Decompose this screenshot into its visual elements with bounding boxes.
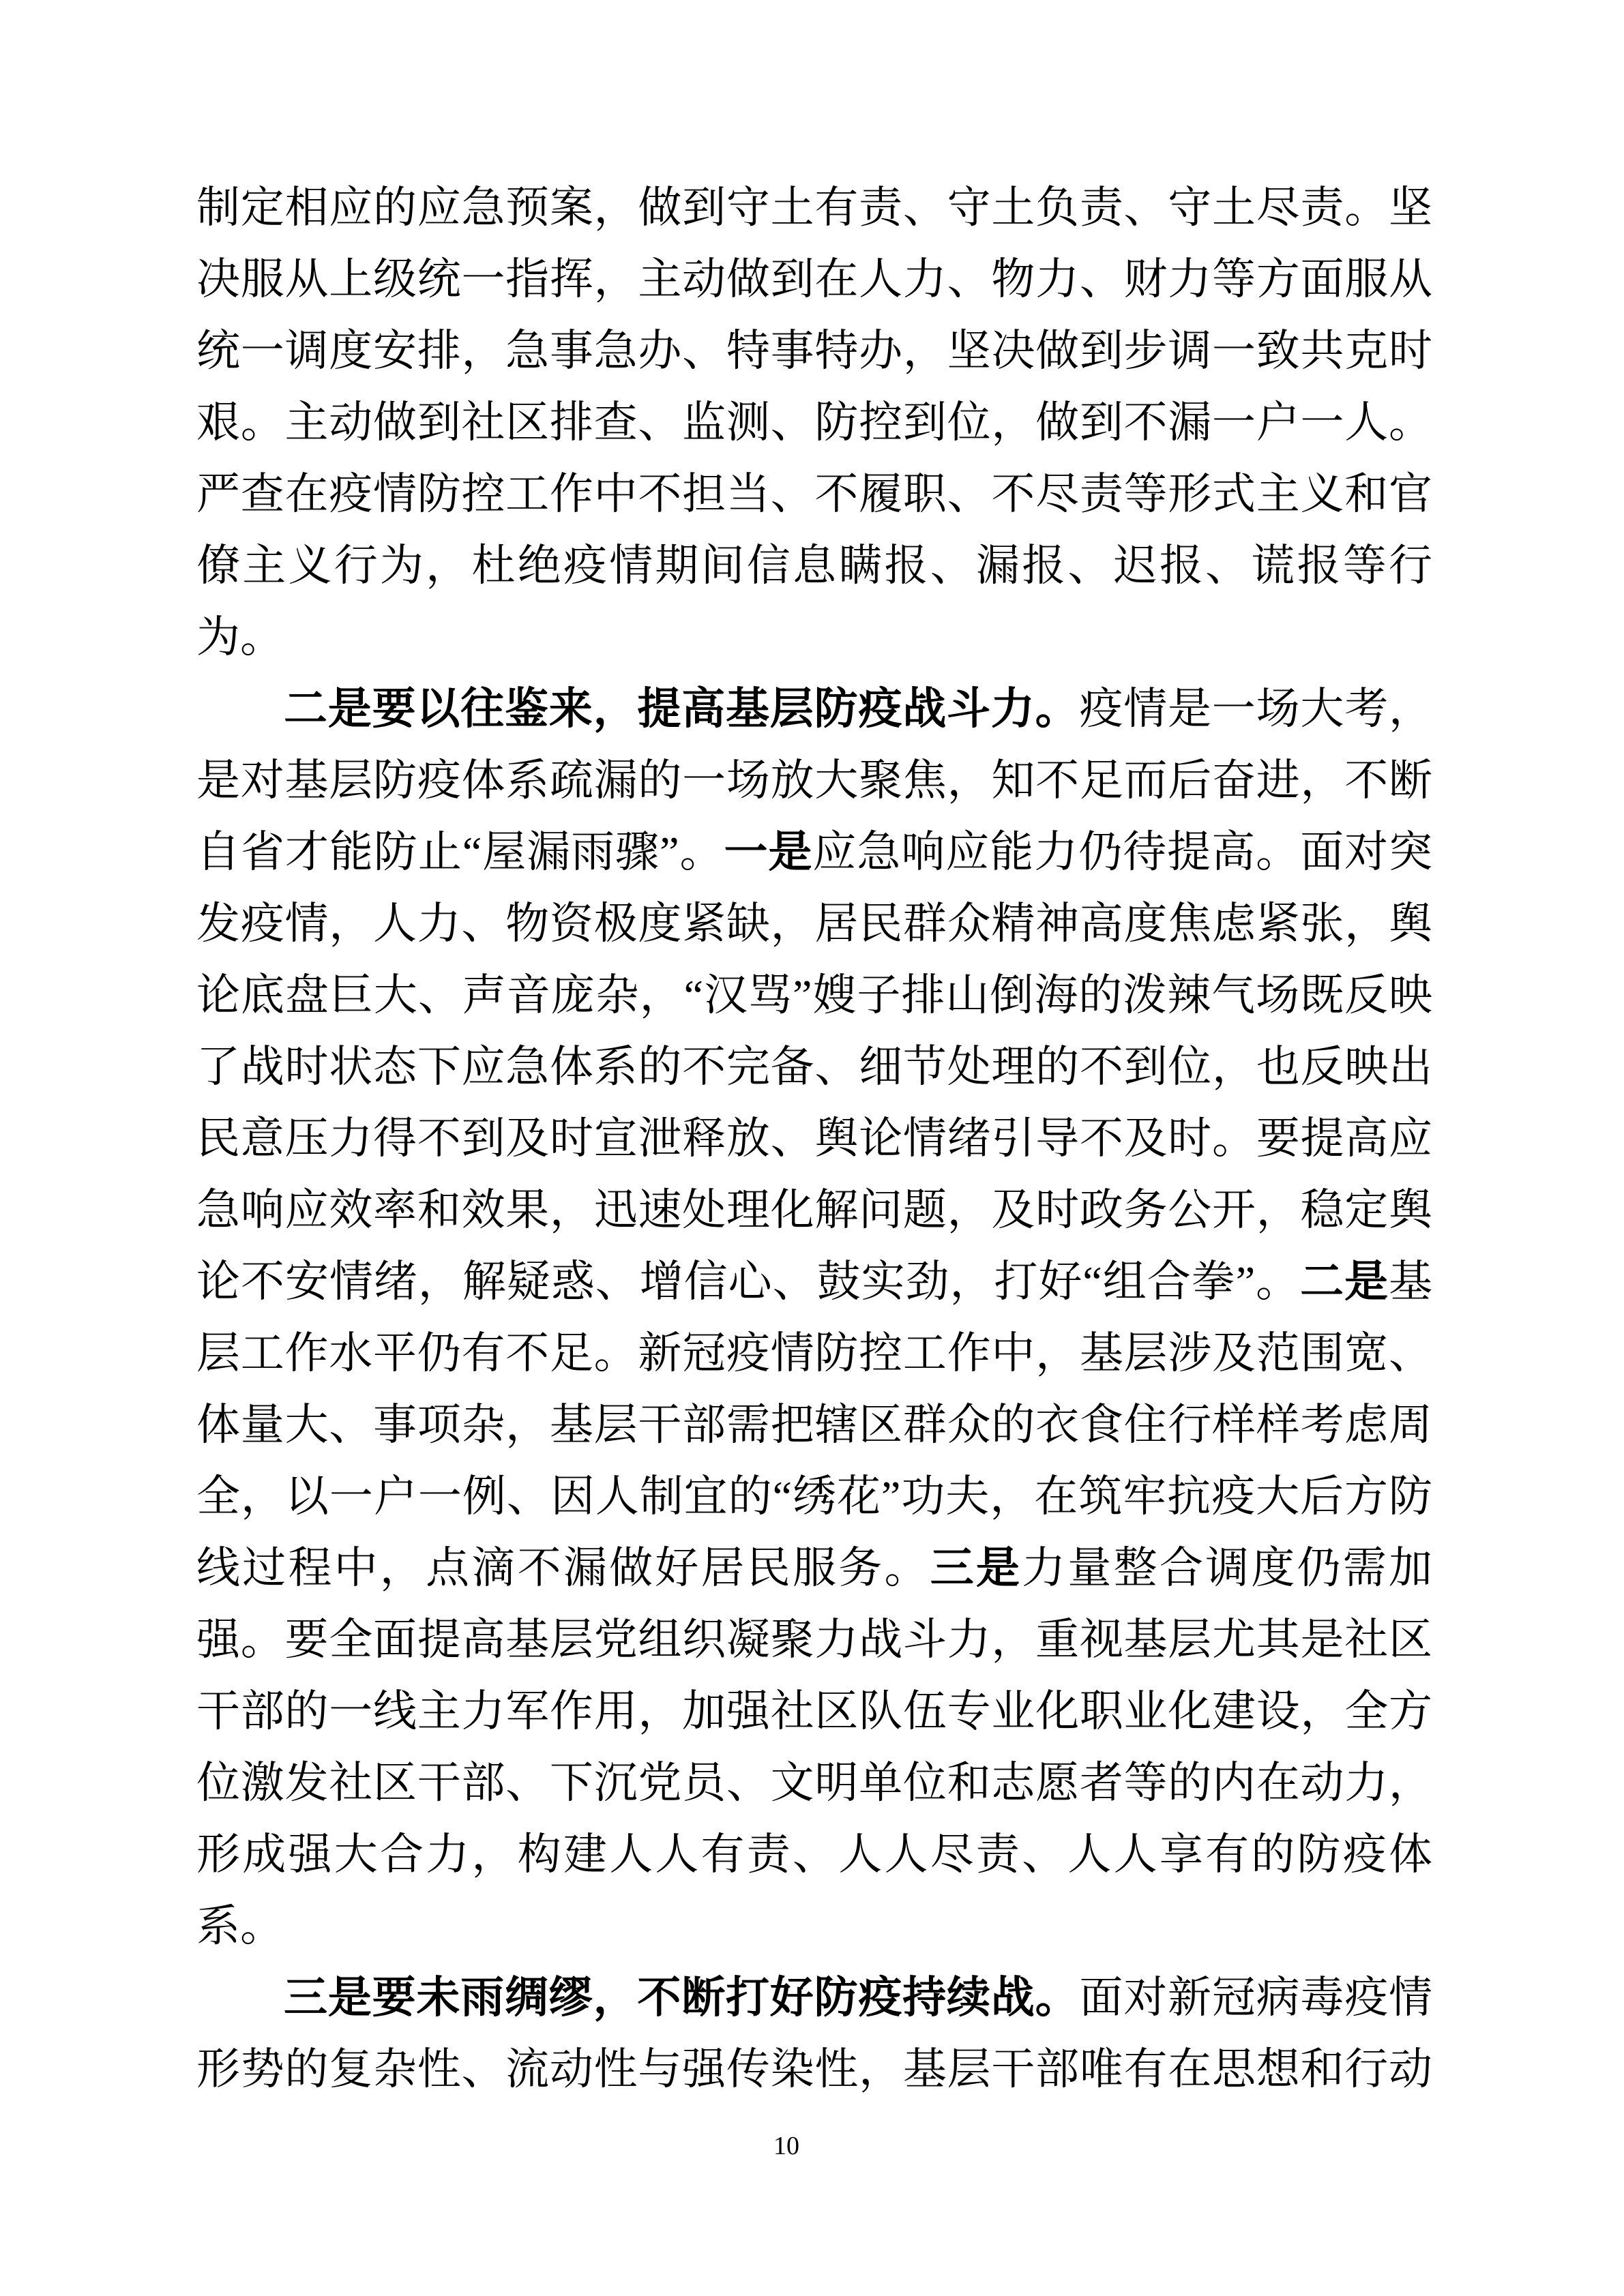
bold-text-run: 一是 <box>724 828 812 876</box>
text-run: 制定相应的应急预案，做到守土有责、守土负责、守土尽责。坚决服从上级统一指挥，主动… <box>196 183 1432 661</box>
page-number: 10 <box>773 2133 799 2159</box>
document-page: 制定相应的应急预案，做到守土有责、守土负责、守土尽责。坚决服从上级统一指挥，主动… <box>0 0 1624 2296</box>
bold-text-run: 三是 <box>930 1544 1022 1592</box>
document-body: 制定相应的应急预案，做到守土有责、守土负责、守土尽责。坚决服从上级统一指挥，主动… <box>196 172 1432 2105</box>
paragraph: 二是要以往鉴来，提高基层防疫战斗力。疫情是一场大考，是对基层防疫体系疏漏的一场放… <box>196 673 1432 1962</box>
bold-text-run: 三是要未雨绸缪，不断打好防疫持续战。 <box>284 1973 1079 2022</box>
text-run: 应急响应能力仍待提高。面对突发疫情，人力、物资极度紧缺，居民群众精神高度焦虑紧张… <box>196 828 1432 1306</box>
bold-text-run: 二是要以往鉴来，提高基层防疫战斗力。 <box>284 685 1079 733</box>
text-run: 基层工作水平仍有不足。新冠疫情防控工作中，基层涉及范围宽、体量大、事项杂，基层干… <box>196 1257 1432 1592</box>
bold-text-run: 二是 <box>1300 1257 1389 1306</box>
paragraph: 制定相应的应急预案，做到守土有责、守土负责、守土尽责。坚决服从上级统一指挥，主动… <box>196 172 1432 673</box>
text-run: 力量整合调度仍需加强。要全面提高基层党组织凝聚力战斗力，重视基层尤其是社区干部的… <box>196 1544 1432 1950</box>
paragraph: 三是要未雨绸缪，不断打好防疫持续战。面对新冠病毒疫情形势的复杂性、流动性与强传染… <box>196 1962 1432 2105</box>
